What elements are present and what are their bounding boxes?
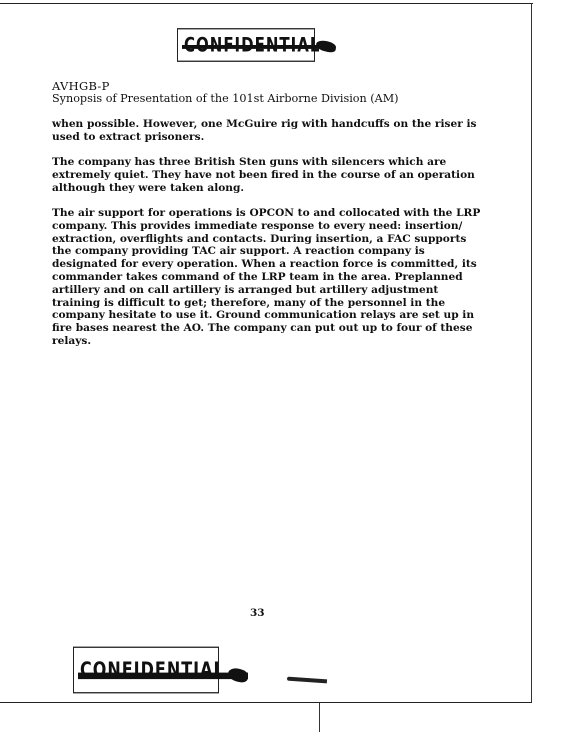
page-border-right [531, 3, 532, 703]
paragraph: when possible. However, one McGuire rig … [52, 118, 482, 144]
confidential-stamp-bottom: CONFIDENTIAL [73, 647, 219, 694]
document-body: AVHGB-P Synopsis of Presentation of the … [52, 80, 482, 348]
paragraph: The company has three British Sten guns … [52, 156, 482, 194]
page-border-bottom [0, 702, 532, 703]
page-number: 33 [250, 607, 265, 619]
confidential-stamp-top: CONFIDENTIAL [177, 28, 315, 62]
strike-through-mark [182, 45, 334, 49]
ink-smudge [287, 677, 327, 684]
paragraph: The air support for operations is OPCON … [52, 207, 482, 348]
document-code: AVHGB-P [52, 80, 482, 93]
strike-through-mark [78, 672, 248, 679]
document-title: Synopsis of Presentation of the 101st Ai… [52, 93, 482, 106]
page-border-top [0, 3, 533, 4]
ink-blot-mark [227, 667, 248, 684]
page-edge-tick [319, 703, 320, 732]
